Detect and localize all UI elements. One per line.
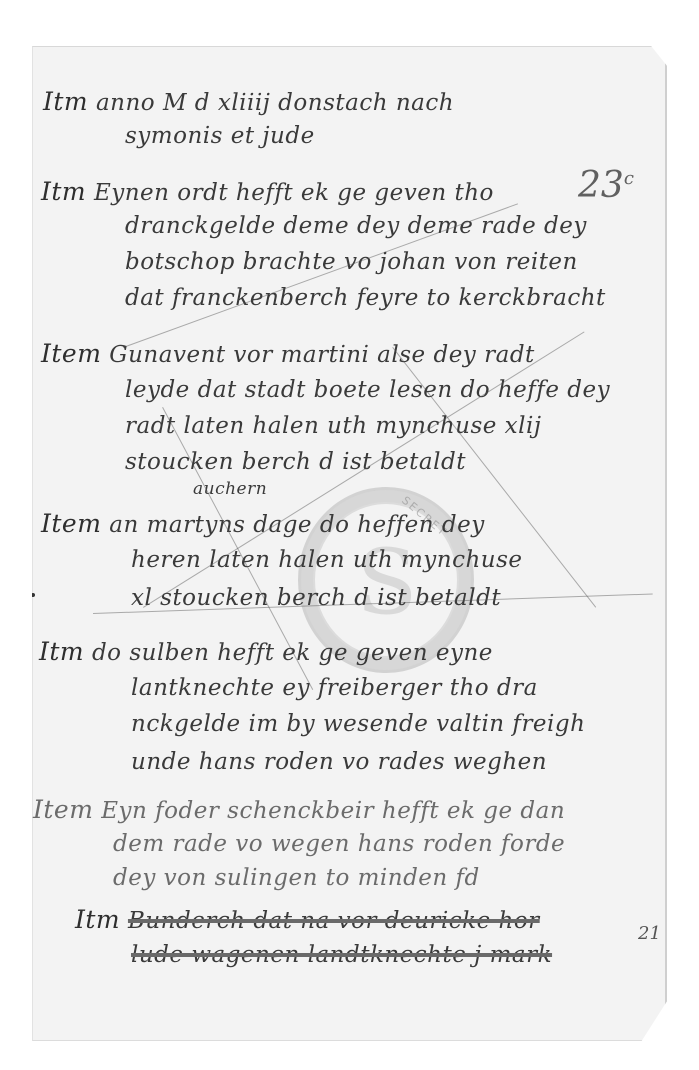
entry-5-line-2: lantknechte ey freiberger tho dra <box>131 675 538 701</box>
entry-7-line-1: Itm Bunderch dat na vor deuricke hor <box>75 905 540 934</box>
entry-2-line-4: dat franckenberch feyre to kerckbracht <box>125 285 606 311</box>
manuscript-page: S SECRET Itm anno M d xliiij donstach na… <box>32 46 667 1041</box>
entry-4-line-3: xl stoucken berch d ist betaldt <box>131 585 501 611</box>
entry-5-line-1: Itm do sulben hefft ek ge geven eyne <box>39 637 493 666</box>
entry-4-line-1: Item an martyns dage do heffen dey <box>41 509 485 538</box>
entry-1-line-1: Itm anno M d xliiij donstach nach <box>43 87 454 116</box>
entry-2-line-2: dranckgelde deme dey deme rade dey <box>125 213 587 239</box>
entry-2-line-3: botschop brachte vo johan von reiten <box>125 249 578 275</box>
entry-marker: Itm <box>41 177 86 206</box>
entry-marker: Item <box>33 795 93 824</box>
seal-monogram: S <box>356 530 418 635</box>
entry-6-line-3: dey von sulingen to minden fd <box>113 865 480 891</box>
ink-dot <box>31 593 35 597</box>
entry-marker: Itm <box>43 87 88 116</box>
entry-3-line-2: leyde dat stadt boete lesen do heffe dey <box>125 377 610 403</box>
entry-6-line-1: Item Eyn foder schenckbeir hefft ek ge d… <box>33 795 565 824</box>
entry-7-line-2: lude wagenen landtknechte j mark <box>131 942 552 968</box>
folio-number: 23c <box>578 165 634 206</box>
entry-3-line-1: Item Gunavent vor martini alse dey radt <box>41 339 535 368</box>
entry-6-line-2: dem rade vo wegen hans roden forde <box>113 831 565 857</box>
entry-1-line-2: symonis et jude <box>125 123 315 149</box>
entry-2-line-1: Itm Eynen ordt hefft ek ge geven tho <box>41 177 494 206</box>
entry-3-line-4: stoucken berch d ist betaldt <box>125 449 466 475</box>
entry-3-insertion: auchern <box>193 479 267 499</box>
entry-3-line-3: radt laten halen uth mynchuse xlij <box>125 413 542 439</box>
entry-5-line-4: unde hans roden vo rades weghen <box>131 749 547 775</box>
entry-marker: Itm <box>39 637 84 666</box>
entry-4-line-2: heren laten halen uth mynchuse <box>131 547 523 573</box>
marginal-sum: 21 <box>638 923 661 944</box>
entry-marker: Item <box>41 339 101 368</box>
entry-5-line-3: nckgelde im by wesende valtin freigh <box>131 711 585 737</box>
entry-marker: Item <box>41 509 101 538</box>
entry-marker: Itm <box>75 905 120 934</box>
